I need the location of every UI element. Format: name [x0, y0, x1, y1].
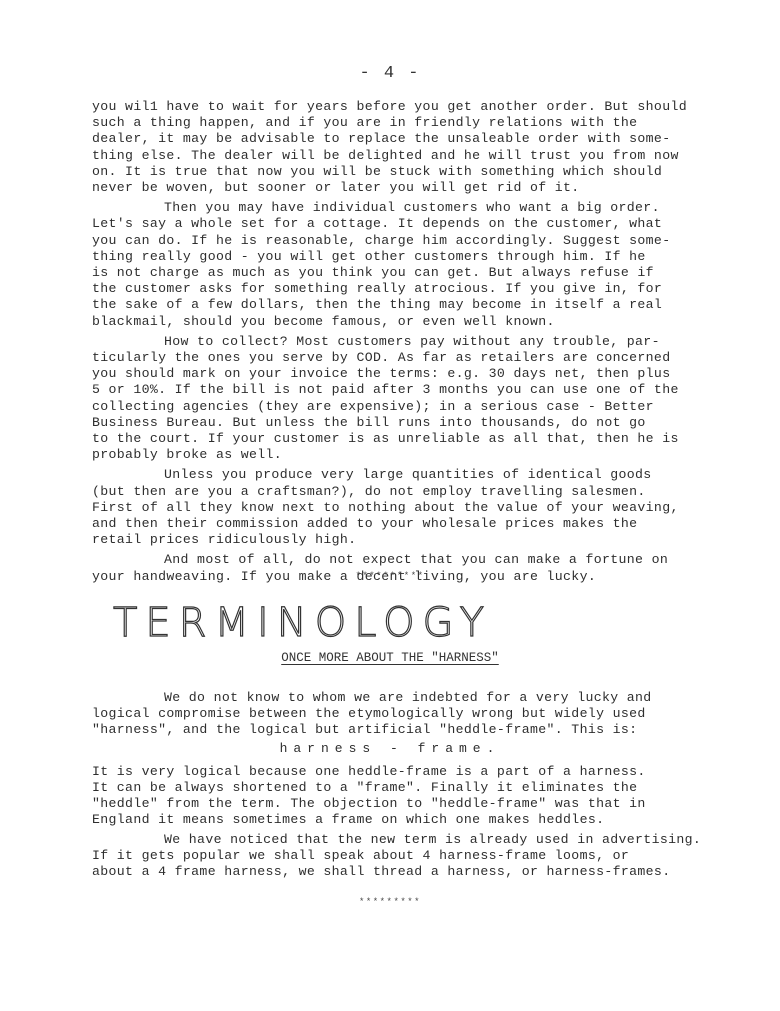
text-line: It can be always shortened to a "frame".…	[92, 780, 637, 796]
text-line: How to collect? Most customers pay witho…	[92, 334, 660, 350]
text-line: We have noticed that the new term is alr…	[92, 832, 701, 848]
text-line: you can do. If he is reasonable, charge …	[92, 233, 670, 249]
text-line: logical compromise between the etymologi…	[92, 706, 646, 722]
separator-stars: **********	[0, 571, 780, 581]
separator-stars-end: *********	[0, 897, 780, 907]
text-line: thing else. The dealer will be delighted…	[92, 148, 679, 164]
text-line: you wil1 have to wait for years before y…	[92, 99, 687, 115]
text-line: the sake of a few dollars, then the thin…	[92, 297, 662, 313]
text-line: the customer asks for something really a…	[92, 281, 662, 297]
text-line: 5 or 10%. If the bill is not paid after …	[92, 382, 679, 398]
text-line: It is very logical because one heddle-fr…	[92, 764, 646, 780]
text-line: you should mark on your invoice the term…	[92, 366, 670, 382]
text-line: collecting agencies (they are expensive)…	[92, 399, 654, 415]
emphasized-term: harness - frame.	[0, 741, 780, 756]
text-line: "heddle" from the term. The objection to…	[92, 796, 646, 812]
subsection-heading-text: ONCE MORE ABOUT THE "HARNESS"	[281, 651, 499, 665]
text-line: and then their commission added to your …	[92, 516, 637, 532]
text-line: If it gets popular we shall speak about …	[92, 848, 629, 864]
text-line: probably broke as well.	[92, 447, 282, 463]
text-line: such a thing happen, and if you are in f…	[92, 115, 637, 131]
text-line: Business Bureau. But unless the bill run…	[92, 415, 646, 431]
section-title-terminology: TERMINOLOGY	[113, 600, 492, 646]
text-line: "harness", and the logical but artificia…	[92, 722, 637, 738]
page-number: - 4 -	[0, 64, 780, 83]
text-line: is not charge as much as you think you c…	[92, 265, 654, 281]
text-line: about a 4 frame harness, we shall thread…	[92, 864, 670, 880]
text-line: never be woven, but sooner or later you …	[92, 180, 580, 196]
text-line: blackmail, should you become famous, or …	[92, 314, 555, 330]
text-line: thing really good - you will get other c…	[92, 249, 646, 265]
text-line: retail prices ridiculously high.	[92, 532, 356, 548]
text-line: on. It is true that now you will be stuc…	[92, 164, 662, 180]
text-line: (but then are you a craftsman?), do not …	[92, 484, 646, 500]
text-line: England it means sometimes a frame on wh…	[92, 812, 604, 828]
text-line: dealer, it may be advisable to replace t…	[92, 131, 670, 147]
subsection-heading: ONCE MORE ABOUT THE "HARNESS"	[0, 651, 780, 665]
text-line: And most of all, do not expect that you …	[92, 552, 668, 568]
text-line: Unless you produce very large quantities…	[92, 467, 652, 483]
text-line: Then you may have individual customers w…	[92, 200, 660, 216]
text-line: First of all they know next to nothing a…	[92, 500, 679, 516]
text-line: to the court. If your customer is as unr…	[92, 431, 679, 447]
text-line: Let's say a whole set for a cottage. It …	[92, 216, 662, 232]
text-line: We do not know to whom we are indebted f…	[92, 690, 652, 706]
text-line: ticularly the ones you serve by COD. As …	[92, 350, 670, 366]
